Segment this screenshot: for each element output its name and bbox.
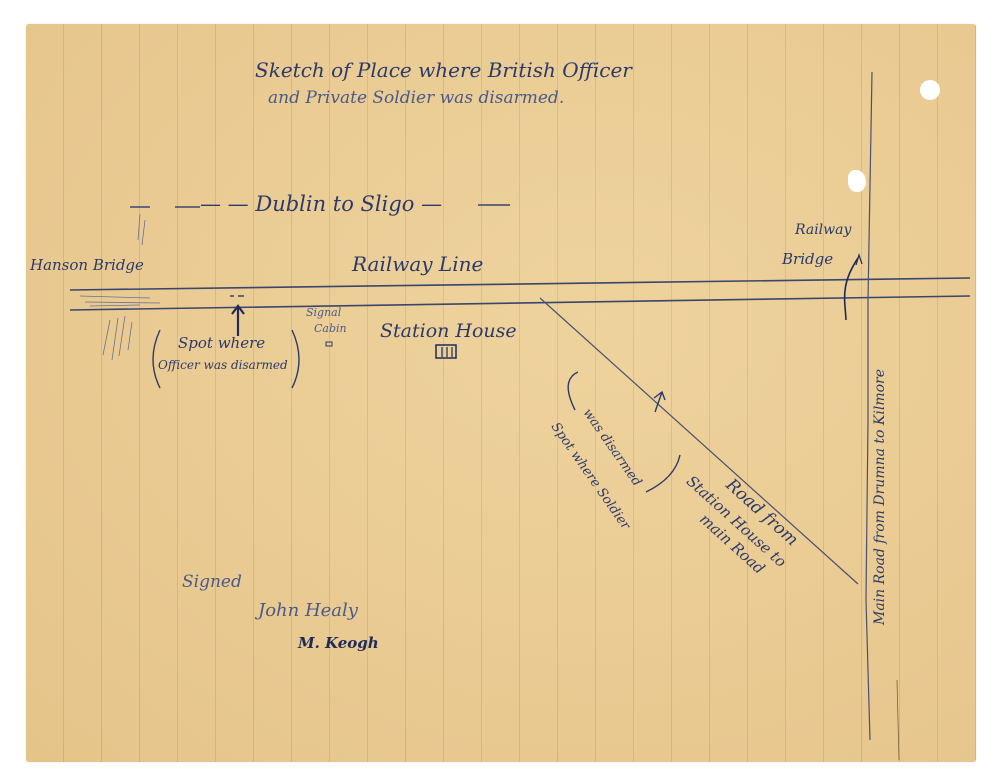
title-line-2: and Private Soldier was disarmed. xyxy=(268,88,564,108)
label-station-house: Station House xyxy=(380,320,517,342)
route-label: — — Dublin to Sligo — xyxy=(200,192,442,216)
signed-label: Signed xyxy=(182,572,242,592)
label-railway-bridge-2: Bridge xyxy=(782,250,833,268)
title-line-1: Sketch of Place where British Officer xyxy=(255,58,632,82)
label-signal-cabin-1: Signal xyxy=(306,306,341,319)
label-main-road: Main Road from Drumna to Kilmore xyxy=(872,369,888,625)
signature-m-keogh: M. Keogh xyxy=(298,634,379,652)
label-spot-officer-1: Spot where xyxy=(178,334,265,352)
label-hanson-bridge: Hanson Bridge xyxy=(30,256,144,274)
signature-john-healy: John Healy xyxy=(258,600,358,621)
label-railway-bridge-1: Railway xyxy=(795,222,851,238)
label-signal-cabin-2: Cabin xyxy=(314,322,347,335)
sketch-lines xyxy=(0,0,1000,780)
label-railway-line: Railway Line xyxy=(352,252,483,276)
label-spot-officer-2: Officer was disarmed xyxy=(158,358,288,372)
